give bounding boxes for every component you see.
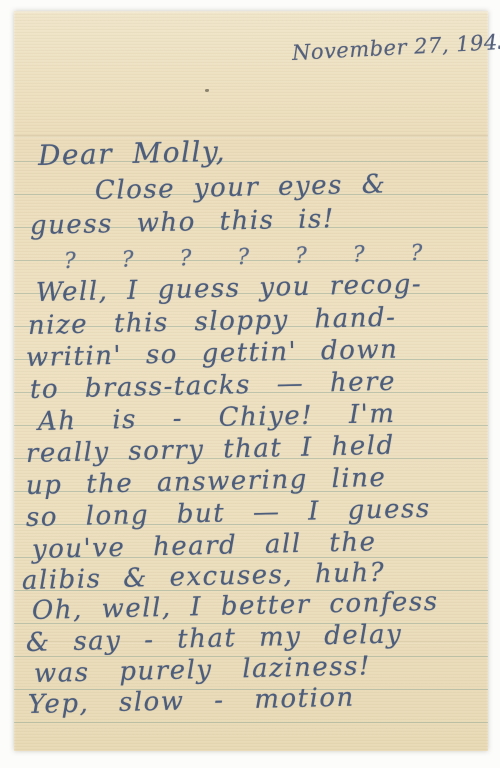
salutation-line: Dear Molly, xyxy=(38,135,227,172)
letter-line: Well, I guess you recog- xyxy=(36,269,423,308)
question-marks-line: ? ? ? ? ? ? ? xyxy=(64,241,425,274)
paper-speck xyxy=(205,89,209,92)
letter-line: Yep, slow - motion xyxy=(28,683,355,720)
letter-paper: November 27, 1943 Dear Molly, Close your… xyxy=(14,11,488,751)
date-line: November 27, 1943 xyxy=(291,30,500,65)
letter-line: guess who this is! xyxy=(30,204,335,241)
letter-line: Close your eyes & xyxy=(95,169,387,206)
scanned-letter: November 27, 1943 Dear Molly, Close your… xyxy=(0,0,500,768)
